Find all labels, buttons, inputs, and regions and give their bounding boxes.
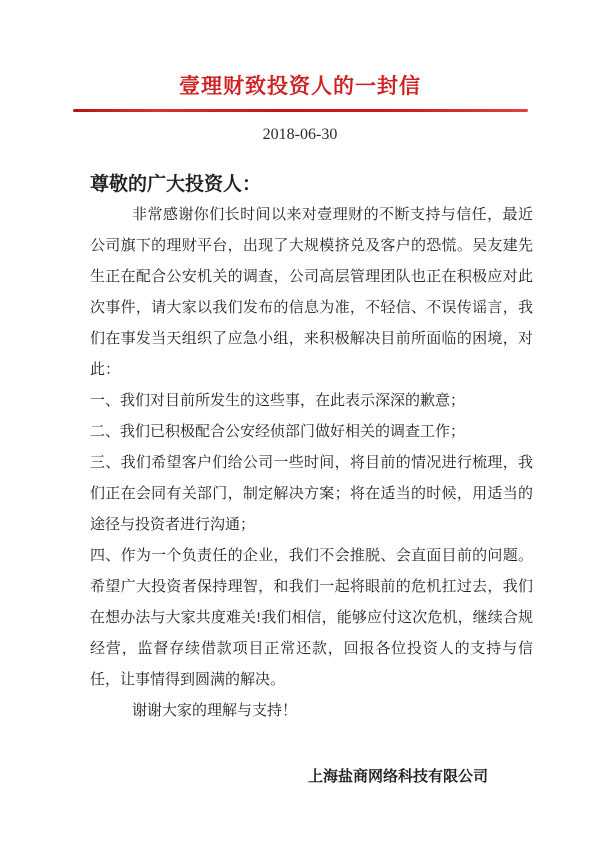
paragraph-point-3: 三、我们希望客户们给公司一些时间，将目前的情况进行梳理，我们正在会同有关部门，制… bbox=[90, 448, 533, 541]
paragraph-thanks: 谢谢大家的理解与支持！ bbox=[90, 696, 533, 727]
salutation: 尊敬的广大投资人： bbox=[90, 169, 533, 200]
page-title: 壹理财致投资人的一封信 bbox=[0, 75, 600, 98]
letter-body: 尊敬的广大投资人： 非常感谢你们长时间以来对壹理财的不断支持与信任，最近公司旗下… bbox=[90, 169, 533, 727]
paragraph-point-4: 四、作为一个负责任的企业，我们不会推脱、会直面目前的问题。希望广大投资者保持理智… bbox=[90, 541, 533, 696]
letter-date: 2018-06-30 bbox=[0, 126, 600, 143]
letter-page: 壹理财致投资人的一封信 2018-06-30 尊敬的广大投资人： 非常感谢你们长… bbox=[0, 0, 600, 848]
paragraph-intro: 非常感谢你们长时间以来对壹理财的不断支持与信任，最近公司旗下的理财平台，出现了大… bbox=[90, 200, 533, 386]
company-signature: 上海盐商网络科技有限公司 bbox=[0, 767, 600, 787]
paragraph-point-1: 一、我们对目前所发生的这些事，在此表示深深的歉意； bbox=[90, 386, 533, 417]
divider-line bbox=[73, 109, 528, 112]
paragraph-point-2: 二、我们已积极配合公安经侦部门做好相关的调查工作； bbox=[90, 417, 533, 448]
